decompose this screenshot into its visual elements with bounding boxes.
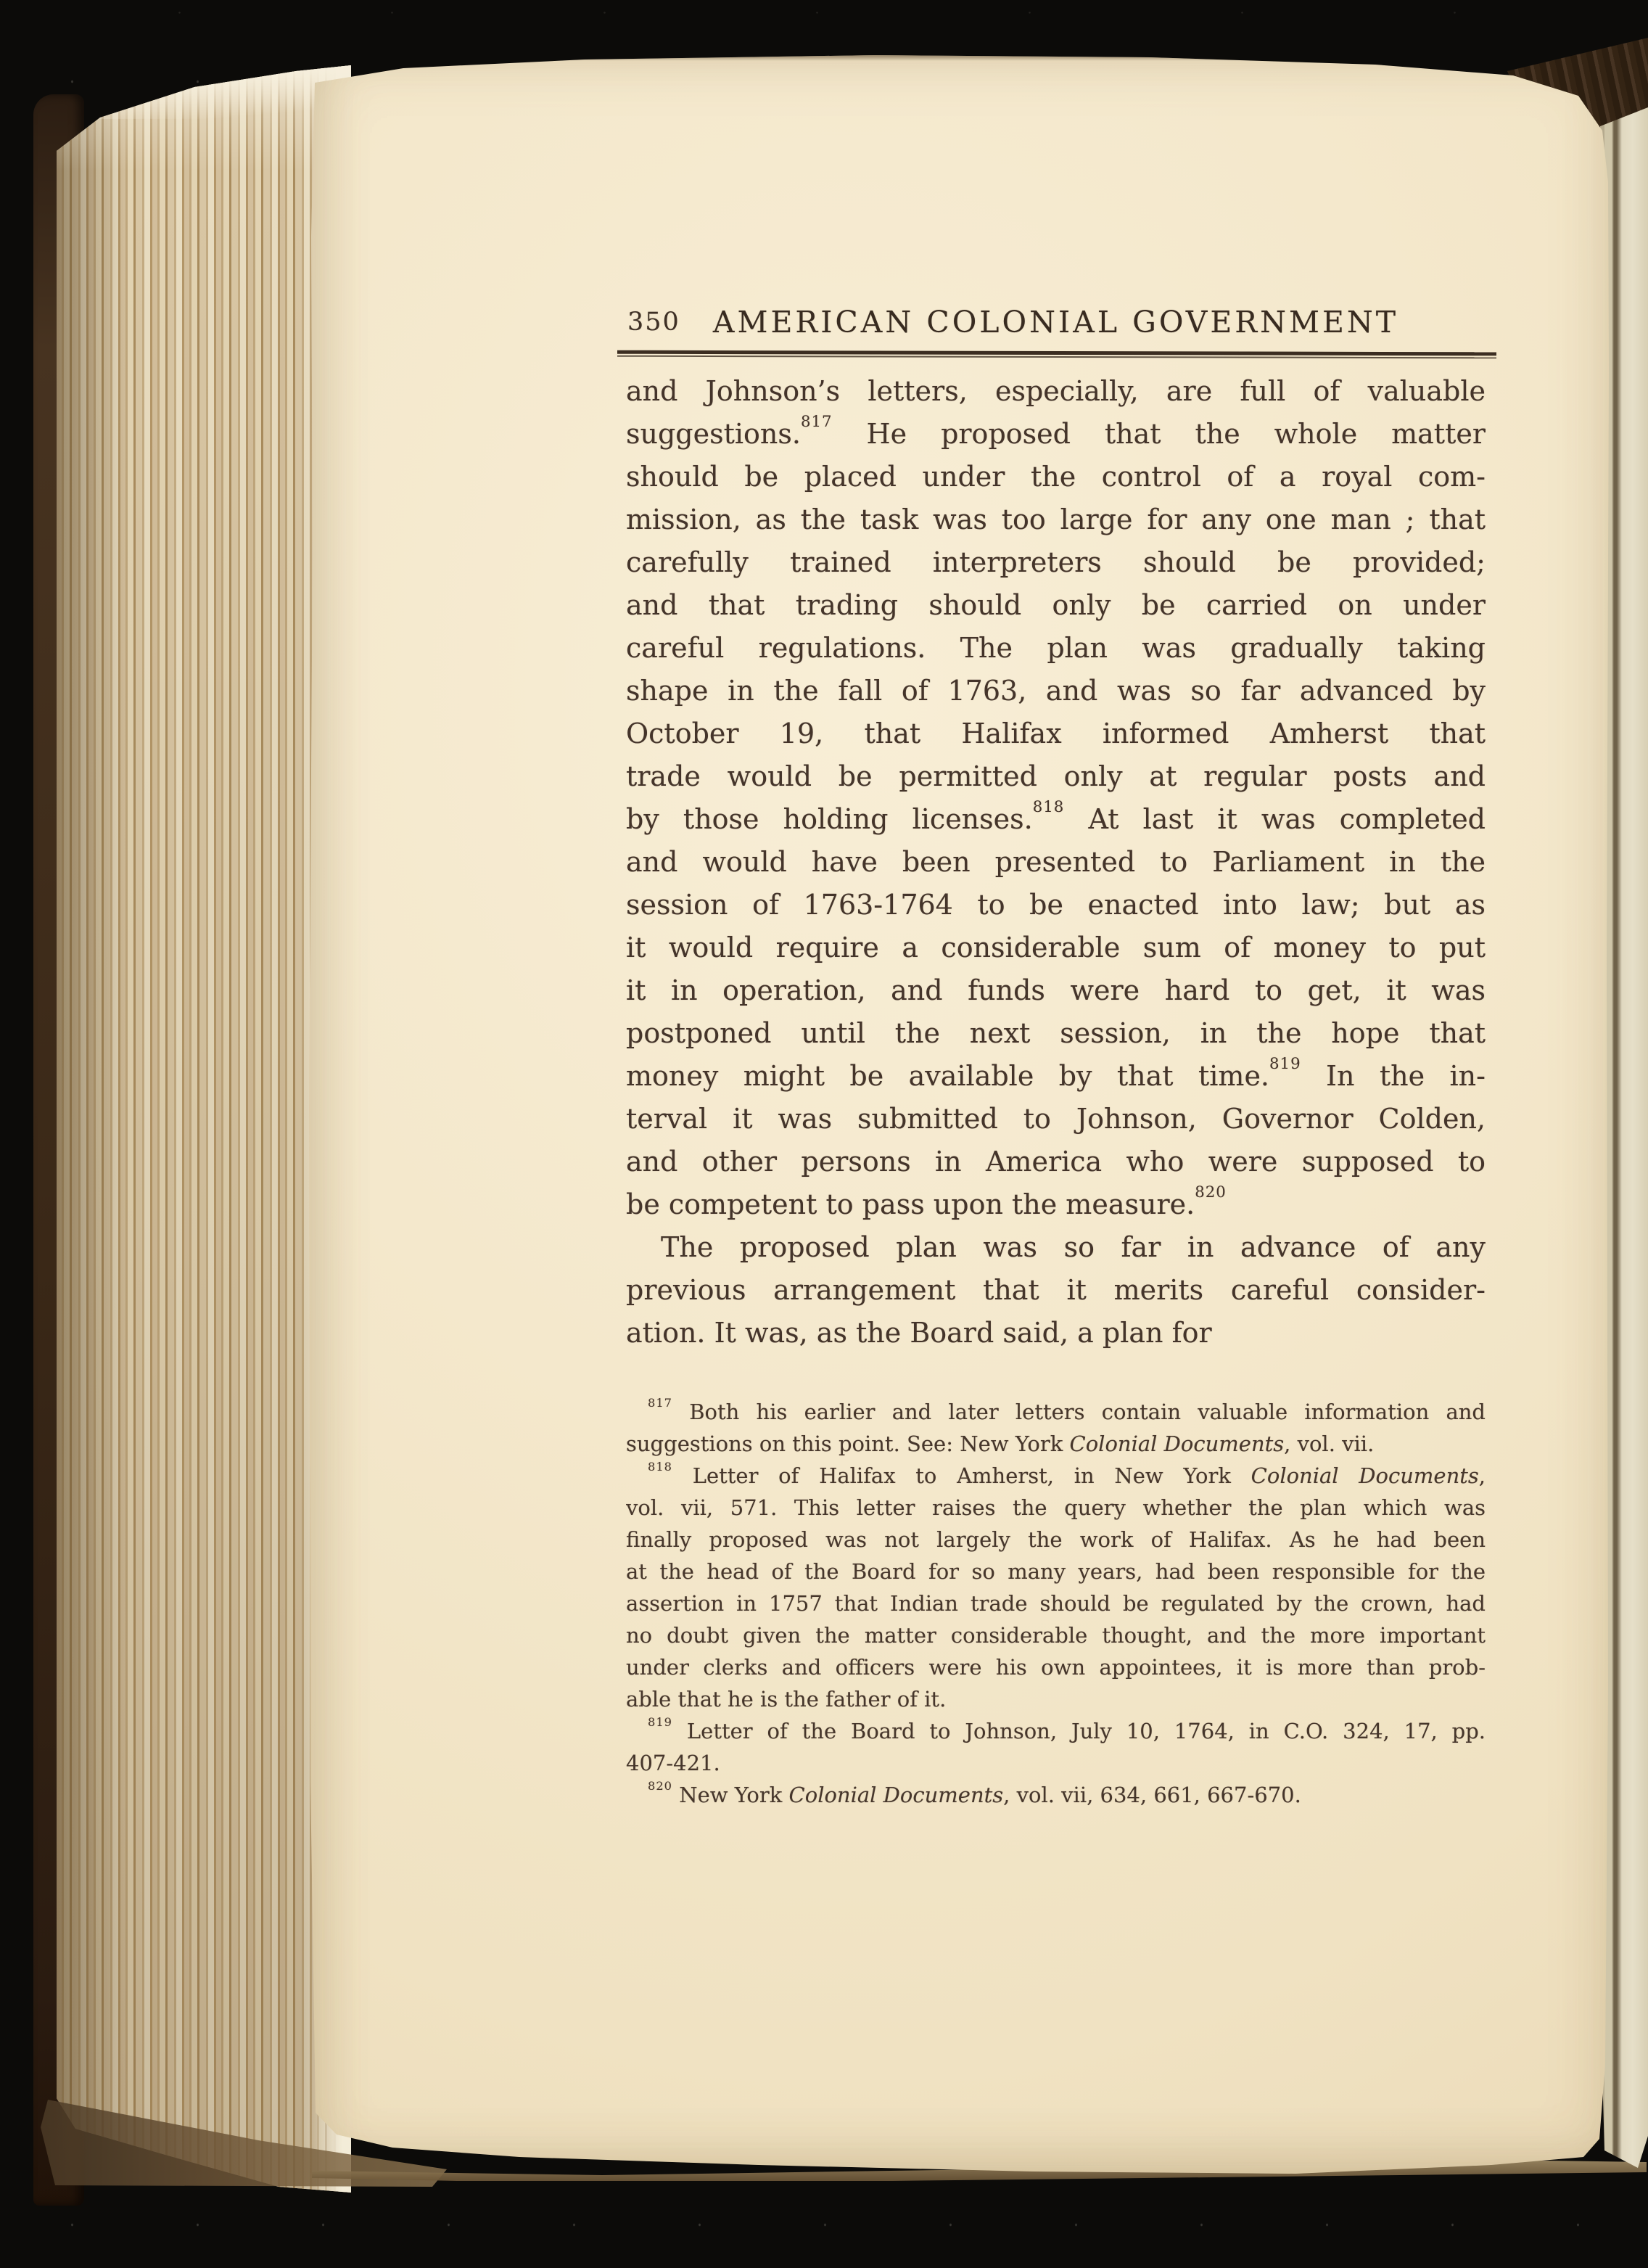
italic-text: Colonial Documents [1070, 1431, 1285, 1456]
running-title: AMERICAN COLONIAL GOVERNMENT [713, 305, 1398, 340]
footnote-ref: 818 [1033, 798, 1065, 816]
body-line: and would have been presented to Parliam… [626, 841, 1486, 884]
footnote-line: assertion in 1757 that Indian trade shou… [626, 1587, 1486, 1619]
body-text: and Johnson’s letters, especially, are f… [626, 370, 1486, 1355]
book-page: 350 AMERICAN COLONIAL GOVERNMENT and Joh… [309, 55, 1609, 2174]
footnotes: 817 Both his earlier and later letters c… [626, 1396, 1486, 1811]
body-line: mission, as the task was too large for a… [626, 498, 1486, 541]
footnote-ref: 817 [801, 413, 833, 431]
photo-background: 350 AMERICAN COLONIAL GOVERNMENT and Joh… [0, 0, 1648, 2268]
body-line: should be placed under the control of a … [626, 456, 1486, 498]
body-line: previous arrangement that it merits care… [626, 1269, 1486, 1312]
footnote-line: 818 Letter of Halifax to Amherst, in New… [626, 1460, 1486, 1492]
footnote-line: finally proposed was not largely the wor… [626, 1524, 1486, 1556]
body-line: session of 1763-1764 to be enacted into … [626, 884, 1486, 926]
body-line: terval it was submitted to Johnson, Gove… [626, 1098, 1486, 1141]
footnote-ref: 820 [648, 1779, 672, 1793]
body-line: and Johnson’s letters, especially, are f… [626, 370, 1486, 413]
footnote-ref: 819 [1269, 1055, 1301, 1073]
header-rule [617, 350, 1496, 359]
body-line: trade would be permitted only at regular… [626, 755, 1486, 798]
body-line: it would require a considerable sum of m… [626, 926, 1486, 969]
body-line: postponed until the next session, in the… [626, 1012, 1486, 1055]
page-number: 350 [627, 308, 680, 337]
body-line: careful regulations. The plan was gradua… [626, 627, 1486, 670]
footnote-line: 820 New York Colonial Documents, vol. vi… [626, 1779, 1486, 1811]
footnote-line: at the head of the Board for so many yea… [626, 1556, 1486, 1587]
page-header: 350 AMERICAN COLONIAL GOVERNMENT [626, 299, 1486, 341]
body-line: shape in the fall of 1763, and was so fa… [626, 670, 1486, 712]
italic-text: Colonial Documents [789, 1783, 1004, 1807]
footnote-ref: 817 [648, 1396, 672, 1410]
body-line: it in operation, and funds were hard to … [626, 969, 1486, 1012]
body-line: and other persons in America who were su… [626, 1141, 1486, 1183]
footnote-line: 407-421. [626, 1747, 1486, 1779]
footnote-line: 817 Both his earlier and later letters c… [626, 1396, 1486, 1428]
footnote-ref: 820 [1195, 1183, 1227, 1201]
footnote-line: able that he is the father of it. [626, 1683, 1486, 1715]
footnote-line: suggestions on this point. See: New York… [626, 1428, 1486, 1460]
italic-text: Colonial Documents [1251, 1463, 1479, 1488]
footnote-line: under clerks and officers were his own a… [626, 1651, 1486, 1683]
footnote-ref: 819 [648, 1715, 672, 1729]
body-line: carefully trained interpreters should be… [626, 541, 1486, 584]
footnote-line: 819 Letter of the Board to Johnson, July… [626, 1715, 1486, 1747]
body-line: suggestions.817 He proposed that the who… [626, 413, 1486, 456]
body-line: The proposed plan was so far in advance … [626, 1226, 1486, 1269]
body-line: ation. It was, as the Board said, a plan… [626, 1312, 1486, 1355]
body-line: October 19, that Halifax informed Amhers… [626, 712, 1486, 755]
body-line: and that trading should only be carried … [626, 584, 1486, 627]
page-stack-fore-edge [57, 65, 351, 2193]
footnote-line: no doubt given the matter considerable t… [626, 1619, 1486, 1651]
footnote-ref: 818 [648, 1460, 672, 1474]
body-line: be competent to pass upon the measure.82… [626, 1183, 1486, 1226]
body-line: by those holding licenses.818 At last it… [626, 798, 1486, 841]
body-line: money might be available by that time.81… [626, 1055, 1486, 1098]
footnote-line: vol. vii, 571. This letter raises the qu… [626, 1492, 1486, 1524]
